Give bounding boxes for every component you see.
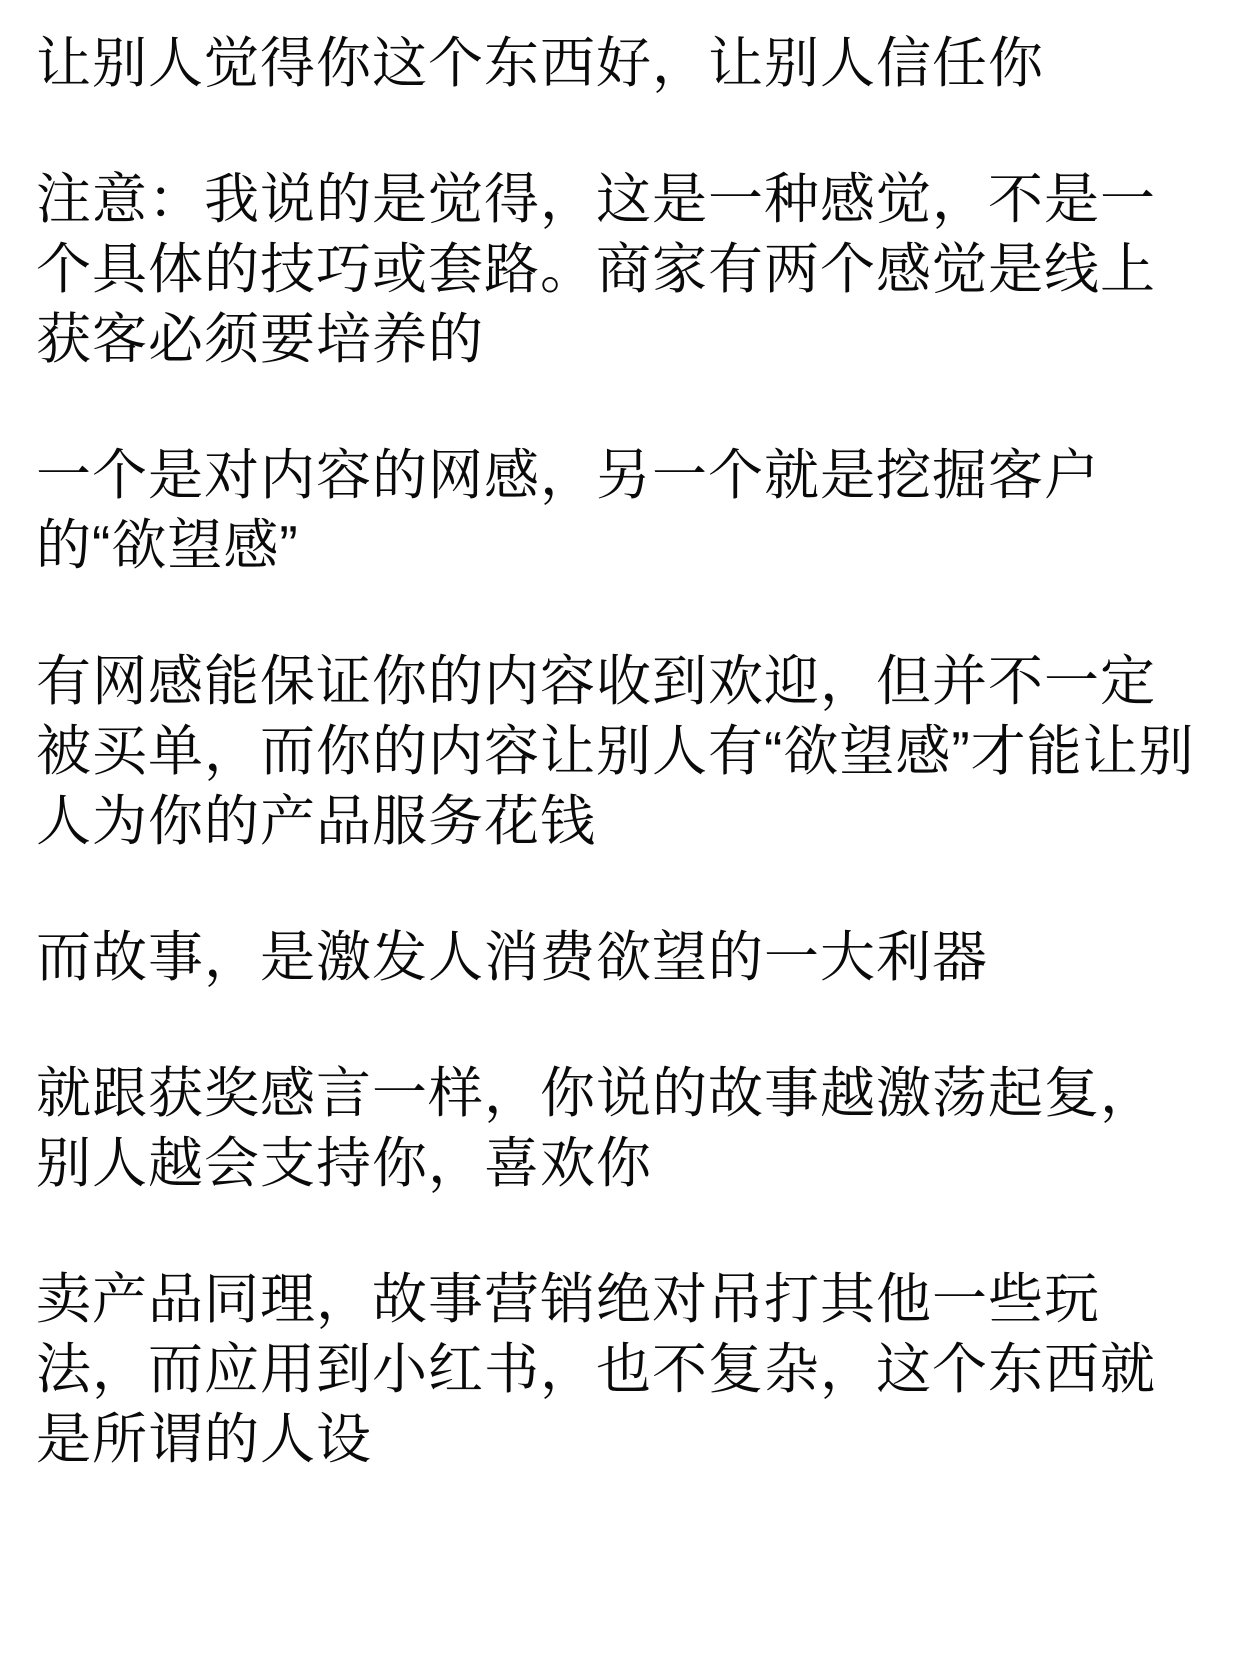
paragraph-4: 有网感能保证你的内容收到欢迎，但并不一定被买单，而你的内容让别人有“欲望感”才能… (36, 646, 1206, 856)
paragraph-5: 而故事，是激发人消费欲望的一大利器 (36, 922, 1206, 992)
document-page: 让别人觉得你这个东西好，让别人信任你 注意：我说的是觉得，这是一种感觉，不是一个… (0, 0, 1242, 1660)
paragraph-6: 就跟获奖感言一样，你说的故事越激荡起复，别人越会支持你，喜欢你 (36, 1058, 1206, 1198)
paragraph-1: 让别人觉得你这个东西好，让别人信任你 (36, 28, 1206, 98)
paragraph-7: 卖产品同理，故事营销绝对吊打其他一些玩法，而应用到小红书，也不复杂，这个东西就是… (36, 1264, 1206, 1474)
paragraph-2: 注意：我说的是觉得，这是一种感觉，不是一个具体的技巧或套路。商家有两个感觉是线上… (36, 164, 1206, 374)
paragraph-3: 一个是对内容的网感，另一个就是挖掘客户的“欲望感” (36, 440, 1206, 580)
